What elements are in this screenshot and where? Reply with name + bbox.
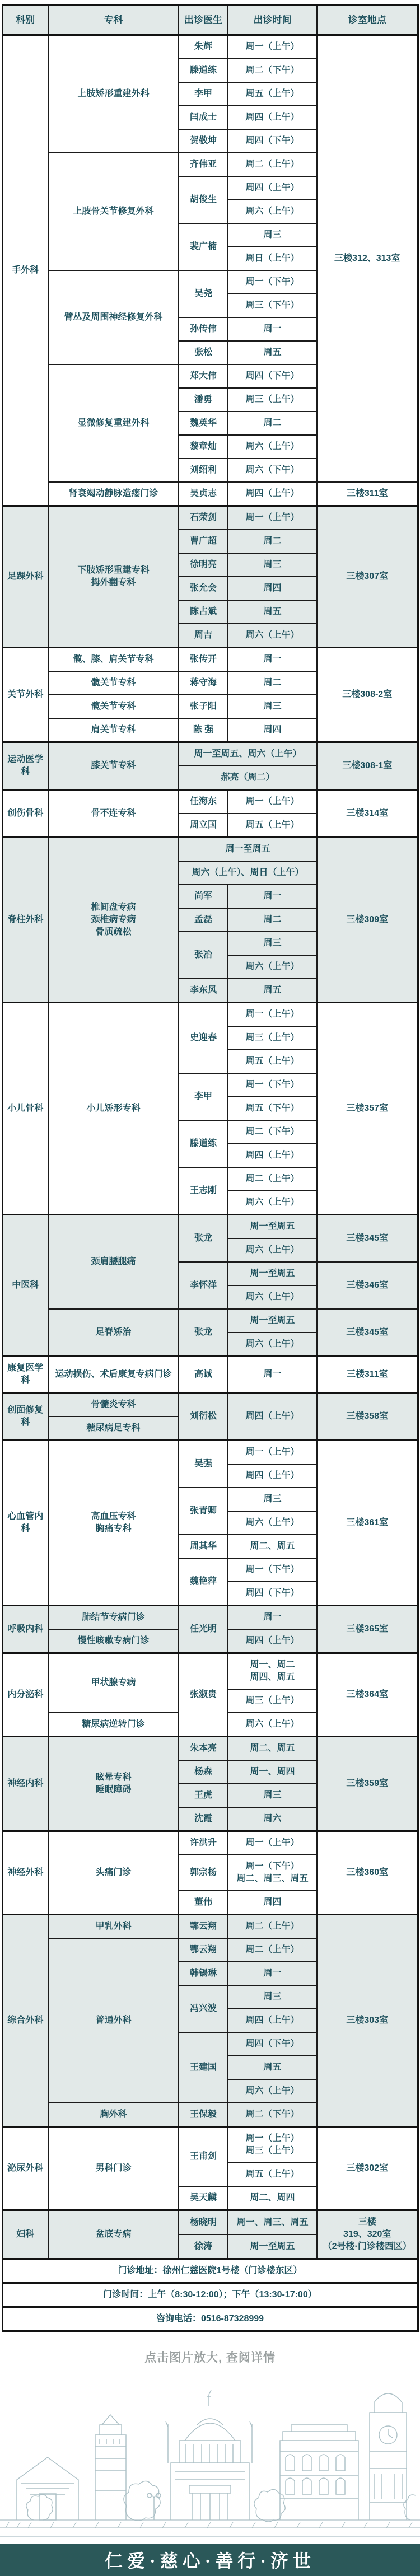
doctor-cell: 许洪升 [179,1831,228,1855]
specialty-cell: 上肢矫形重建外科 [48,35,179,153]
column-header: 科别 [2,6,48,35]
time-cell: 周六 [228,1807,317,1831]
time-cell: 周六（上午） [228,1285,317,1309]
time-cell: 周四（上午） [228,1144,317,1167]
specialty-cell: 髋关节专科 [48,695,179,718]
time-cell: 周一（下午） [228,270,317,294]
dept-cell: 创伤骨科 [2,790,48,838]
hospital-sketch-illustration [0,2373,420,2541]
specialty-cell: 足脊矫治 [48,1309,179,1357]
doctor-cell: 潘勇 [179,388,228,412]
doctor-cell: 刘绍利 [179,459,228,482]
time-cell: 周一（下午）周二、周三、周五 [228,1855,317,1891]
table-row: 关节外科髋、膝、肩关节专科张传开周一三楼308-2室 [2,648,418,672]
doctor-cell: 蒋守海 [179,671,228,695]
specialty-cell: 糖尿病足专科 [48,1416,179,1441]
dept-cell: 心血管内科 [2,1441,48,1606]
location-cell: 三楼358室 [317,1393,418,1441]
doctor-cell: 韩锡琳 [179,1962,228,1985]
time-cell: 周三（上午） [228,1689,317,1713]
time-cell: 周六（上午） [228,200,317,223]
doctor-cell: 张淑贵 [179,1653,228,1737]
doctor-cell: 李甲 [179,82,228,106]
time-cell: 周五 [228,979,317,1003]
time-cell: 周日（上午） [228,247,317,270]
time-cell: 周一、周三、周五 [228,2210,317,2235]
time-cell: 周一 [228,317,317,341]
footer-note-row: 咨询电话：0516-87328999 [2,2307,418,2331]
dept-cell: 综合外科 [2,1915,48,2127]
specialty-cell: 高血压专科胸痛专科 [48,1441,179,1606]
doctor-cell: 徐明亮 [179,553,228,577]
doctor-cell: 李甲 [179,1073,228,1120]
dept-cell: 康复医学科 [2,1357,48,1393]
footer-note: 咨询电话：0516-87328999 [2,2307,418,2331]
specialty-cell: 骨髓炎专科 [48,1393,179,1417]
time-cell: 周一（上午）周三（上午） [228,2127,317,2163]
table-row: 肾衰竭动静脉造瘘门诊吴贞志周四（上午）三楼311室 [2,482,418,506]
dept-cell: 运动医学科 [2,742,48,790]
dept-cell: 神经外科 [2,1831,48,1915]
doctor-cell: 李怀洋 [179,1262,228,1309]
time-cell: 周三（上午） [228,1026,317,1050]
doctor-cell: 陈占斌 [179,600,228,624]
specialty-cell: 髋、膝、肩关节专科 [48,648,179,672]
location-cell: 三楼359室 [317,1737,418,1831]
table-footer: 门诊地址：徐州仁慈医院1号楼（门诊楼东区）门诊时间：上午（8:30-12:00）… [2,2259,418,2331]
location-cell: 三楼307室 [317,506,418,648]
doctor-cell: 李东风 [179,979,228,1003]
location-cell: 三楼345室 [317,1215,418,1263]
table-row: 综合外科甲乳外科鄂云翔周二（上午）三楼303室 [2,1915,418,1939]
footer-note-row: 门诊时间：上午（8:30-12:00）；下午（13:30-17:00） [2,2283,418,2307]
doctor-cell: 滕道练 [179,59,228,82]
specialty-cell: 甲乳外科 [48,1915,179,1939]
time-cell: 周一 [228,885,317,908]
doctor-cell: 石荣剑 [179,506,228,530]
doctor-cell: 黎章灿 [179,435,228,459]
time-cell: 周六（上午） [228,2079,317,2103]
time-cell: 周三（上午） [228,388,317,412]
doctor-cell: 王建国 [179,2032,228,2103]
doctor-cell: 张松 [179,341,228,364]
doctor-cell: 鄂云翔 [179,1938,228,1962]
time-cell: 周四（上午） [228,176,317,200]
doctor-cell: 王保毅 [179,2103,228,2127]
doctor-cell: 齐伟亚 [179,153,228,176]
doctor-cell: 张子阳 [179,695,228,718]
time-cell: 周一至周五 [228,1309,317,1333]
time-cell: 周一 [228,1357,317,1393]
location-cell: 三楼361室 [317,1441,418,1606]
location-cell: 三楼303室 [317,1915,418,2127]
footer-note: 门诊地址：徐州仁慈医院1号楼（门诊楼东区） [2,2259,418,2283]
clinic-schedule-table: 科别专科出诊医生出诊时间诊室地点 手外科上肢矫形重建外科朱辉周一（上午）三楼31… [2,4,419,2332]
doctor-cell: 张传开 [179,648,228,672]
doctor-time-cell: 周一至周五 [179,838,317,862]
time-cell: 周六（上午） [228,1713,317,1737]
dept-cell: 内分泌科 [2,1653,48,1737]
time-cell: 周四（上午） [228,106,317,129]
time-cell: 周一（上午） [228,506,317,530]
time-cell: 周六（上午） [228,1238,317,1262]
time-cell: 周二 [228,530,317,553]
table-row: 康复医学科运动损伤、术后康复专病门诊高诚周一三楼311室 [2,1357,418,1393]
column-header: 诊室地点 [317,6,418,35]
time-cell: 周一（上午） [228,790,317,814]
doctor-time-cell: 周一至周五、周六（上午） [179,742,317,766]
doctor-cell: 杨晓明 [179,2210,228,2235]
doctor-cell: 朱辉 [179,35,228,59]
time-cell: 周一（上午） [228,1003,317,1027]
time-cell: 周六（上午） [228,1191,317,1215]
table-row: 神经内科眩晕专科睡眠障碍朱本亮周二、周五三楼359室 [2,1737,418,1761]
doctor-cell: 吴强 [179,1441,228,1488]
specialty-cell: 显微修复重建外科 [48,364,179,482]
doctor-cell: 吴天麟 [179,2186,228,2210]
time-cell: 周三 [228,553,317,577]
time-cell: 周三 [228,1985,317,2009]
doctor-cell: 贺敬坤 [179,129,228,153]
time-cell: 周六（上午） [228,624,317,648]
dept-cell: 泌尿外科 [2,2127,48,2210]
time-cell: 周四（下午） [228,1582,317,1606]
time-cell: 周四 [228,1891,317,1915]
doctor-cell: 任光明 [179,1606,228,1653]
time-cell: 周二（上午） [228,1167,317,1191]
time-cell: 周一（下午） [228,1073,317,1097]
specialty-cell: 肺结节专病门诊 [48,1606,179,1630]
time-cell: 周一、周四 [228,1760,317,1784]
time-cell: 周五（下午） [228,1097,317,1120]
specialty-cell: 椎间盘专病颈椎病专病骨质疏松 [48,838,179,1003]
specialty-cell: 普通外科 [48,1938,179,2103]
specialty-cell: 慢性咳嗽专病门诊 [48,1629,179,1653]
dept-cell: 中医科 [2,1215,48,1357]
doctor-cell: 鄂云翔 [179,1915,228,1939]
doctor-cell: 杨森 [179,1760,228,1784]
time-cell: 周三 [228,1784,317,1807]
time-cell: 周一至周五 [228,2234,317,2259]
time-cell: 周四（下午） [228,364,317,388]
doctor-cell: 沈霞 [179,1807,228,1831]
doctor-cell: 高诚 [179,1357,228,1393]
specialty-cell: 甲状腺专病 [48,1653,179,1713]
specialty-cell: 肩关节专科 [48,718,179,742]
time-cell: 周四（上午） [228,1464,317,1488]
time-cell: 周四（上午） [228,482,317,506]
time-cell: 周一（上午） [228,1441,317,1465]
time-cell: 周一至周五 [228,1262,317,1285]
time-cell: 周二（下午） [228,2103,317,2127]
doctor-cell: 张龙 [179,1309,228,1357]
time-cell: 周一 [228,648,317,672]
location-cell: 三楼364室 [317,1653,418,1737]
doctor-cell: 魏艳萍 [179,1558,228,1606]
time-cell: 周一、周二周四、周五 [228,1653,317,1690]
location-cell: 三楼346室 [317,1262,418,1309]
location-cell: 三楼357室 [317,1003,418,1215]
doctor-cell: 周立国 [179,814,228,838]
doctor-cell: 冯兴波 [179,1985,228,2032]
table-row: 心血管内科高血压专科胸痛专科吴强周一（上午）三楼361室 [2,1441,418,1465]
dept-cell: 呼吸内科 [2,1606,48,1653]
doctor-cell: 王甫剑 [179,2127,228,2187]
table-row: 内分泌科甲状腺专病张淑贵周一、周二周四、周五三楼364室 [2,1653,418,1690]
doctor-cell: 任海东 [179,790,228,814]
location-cell: 三楼312、313室 [317,35,418,483]
table-row: 足脊矫治张龙周一至周五三楼345室 [2,1309,418,1333]
time-cell: 周三 [228,223,317,247]
table-row: 创伤骨科骨不连专科任海东周一（上午）三楼314室 [2,790,418,814]
doctor-time-cell: 周六（上午）、周日（上午） [179,861,317,885]
doctor-cell: 魏英华 [179,412,228,435]
page: 科别专科出诊医生出诊时间诊室地点 手外科上肢矫形重建外科朱辉周一（上午）三楼31… [0,0,420,2576]
time-cell: 周六（上午） [228,435,317,459]
doctor-cell: 朱本亮 [179,1737,228,1761]
location-cell: 三楼308-2室 [317,648,418,742]
specialty-cell: 臂丛及周围神经修复外科 [48,270,179,364]
time-cell: 周二（下午） [228,59,317,82]
time-cell: 周一 [228,1606,317,1630]
doctor-cell: 张冶 [179,932,228,979]
table-row: 手外科上肢矫形重建外科朱辉周一（上午）三楼312、313室 [2,35,418,59]
dept-cell: 关节外科 [2,648,48,742]
doctor-cell: 董伟 [179,1891,228,1915]
specialty-cell: 髋关节专科 [48,671,179,695]
location-cell: 三楼319、320室（2号楼·门诊楼西区） [317,2210,418,2259]
time-cell: 周六（上午） [228,955,317,979]
table-row: 呼吸内科肺结节专病门诊任光明周一三楼365室 [2,1606,418,1630]
location-cell: 三楼314室 [317,790,418,838]
location-cell: 三楼365室 [317,1606,418,1653]
table-row: 小儿骨科小儿矫形专科史迎春周一（上午）三楼357室 [2,1003,418,1027]
time-cell: 周三 [228,932,317,955]
specialty-cell: 膝关节专科 [48,742,179,790]
location-cell: 三楼308-1室 [317,742,418,790]
motto-text: 仁爱·慈心·善行·济世 [105,2547,315,2573]
specialty-cell: 颈肩腰腿痛 [48,1215,179,1310]
time-cell: 周六（下午） [228,459,317,482]
time-cell: 周五（上午） [228,82,317,106]
doctor-cell: 王志刚 [179,1167,228,1215]
footer-note: 门诊时间：上午（8:30-12:00）；下午（13:30-17:00） [2,2283,418,2307]
dept-cell: 神经内科 [2,1737,48,1831]
time-cell: 周一至周五 [228,1215,317,1239]
dept-cell: 足踝外科 [2,506,48,648]
time-cell: 周二、周五 [228,1737,317,1761]
doctor-cell: 刘衍松 [179,1393,228,1441]
time-cell: 周四（上午） [228,2009,317,2032]
time-cell: 周二（上午） [228,1915,317,1939]
time-cell: 周一（下午） [228,1558,317,1582]
table-row: 创面修复科骨髓炎专科刘衍松周四（上午）三楼358室 [2,1393,418,1417]
specialty-cell: 头痛门诊 [48,1831,179,1915]
time-cell: 周六（上午） [228,1333,317,1357]
time-cell: 周二、周四 [228,2186,317,2210]
table-row: 中医科颈肩腰腿痛张龙周一至周五三楼345室 [2,1215,418,1239]
time-cell: 周一（上午） [228,35,317,59]
specialty-cell: 男科门诊 [48,2127,179,2210]
doctor-cell: 周吉 [179,624,228,648]
location-cell: 三楼345室 [317,1309,418,1357]
time-cell: 周三（下午） [228,294,317,317]
time-cell: 周二、周五 [228,1535,317,1558]
time-cell: 周二 [228,671,317,695]
time-cell: 周四（上午） [228,1629,317,1653]
location-cell: 三楼311室 [317,1357,418,1393]
location-cell: 三楼302室 [317,2127,418,2210]
specialty-cell: 运动损伤、术后康复专病门诊 [48,1357,179,1393]
doctor-cell: 孟磊 [179,908,228,932]
specialty-cell: 下肢矫形重建专科拇外翻专科 [48,506,179,648]
time-cell: 周三 [228,1488,317,1511]
time-cell: 周一（上午） [228,1831,317,1855]
dept-cell: 小儿骨科 [2,1003,48,1215]
column-header: 出诊时间 [228,6,317,35]
time-cell: 周五（上午） [228,2163,317,2186]
doctor-cell: 滕道练 [179,1120,228,1167]
location-cell: 三楼311室 [317,482,418,506]
doctor-cell: 张允会 [179,577,228,600]
column-header: 出诊医生 [179,6,228,35]
caption-text: 点击图片放大, 查阅详情 [0,2349,420,2365]
time-cell: 周五 [228,2056,317,2079]
time-cell: 周二（下午） [228,1120,317,1144]
doctor-cell: 裴广楠 [179,223,228,270]
time-cell: 周五（上午） [228,814,317,838]
time-cell: 周一 [228,1962,317,1985]
doctor-cell: 曹广超 [179,530,228,553]
doctor-cell: 张青卿 [179,1488,228,1535]
footer-note-row: 门诊地址：徐州仁慈医院1号楼（门诊楼东区） [2,2259,418,2283]
time-cell: 周六（上午） [228,1511,317,1535]
specialty-cell: 糖尿病逆转门诊 [48,1713,179,1737]
time-cell: 周四 [228,577,317,600]
doctor-cell: 吴贞志 [179,482,228,506]
doctor-cell: 王虎 [179,1784,228,1807]
dept-cell: 手外科 [2,35,48,506]
doctor-cell: 张龙 [179,1215,228,1263]
time-cell: 周二（上午） [228,1938,317,1962]
table-header-row: 科别专科出诊医生出诊时间诊室地点 [2,6,418,35]
time-cell: 周二 [228,908,317,932]
table-body: 手外科上肢矫形重建外科朱辉周一（上午）三楼312、313室滕道练周二（下午）李甲… [2,35,418,2259]
table-row: 足踝外科下肢矫形重建专科拇外翻专科石荣剑周一（上午）三楼307室 [2,506,418,530]
time-cell: 周五 [228,341,317,364]
table-row: 运动医学科膝关节专科周一至周五、周六（上午）三楼308-1室 [2,742,418,766]
doctor-cell: 胡俊生 [179,176,228,223]
column-header: 专科 [48,6,179,35]
doctor-cell: 闫成士 [179,106,228,129]
specialty-cell: 胸外科 [48,2103,179,2127]
dept-cell: 脊柱外科 [2,838,48,1003]
doctor-cell: 史迎春 [179,1003,228,1074]
dept-cell: 创面修复科 [2,1393,48,1441]
time-cell: 周五（上午） [228,1050,317,1073]
specialty-cell: 上肢骨关节修复外科 [48,153,179,270]
doctor-cell: 郑大伟 [179,364,228,388]
table-row: 妇科盆底专病杨晓明周一、周三、周五三楼319、320室（2号楼·门诊楼西区） [2,2210,418,2235]
specialty-cell: 肾衰竭动静脉造瘘门诊 [48,482,179,506]
doctor-cell: 徐涛 [179,2234,228,2259]
specialty-cell: 小儿矫形专科 [48,1003,179,1215]
motto-band: 仁爱·慈心·善行·济世 [0,2544,420,2576]
doctor-cell: 郭宗杨 [179,1855,228,1891]
specialty-cell: 骨不连专科 [48,790,179,838]
table-row: 泌尿外科男科门诊王甫剑周一（上午）周三（上午）三楼302室 [2,2127,418,2163]
time-cell: 周三 [228,695,317,718]
doctor-cell: 孙传伟 [179,317,228,341]
location-cell: 三楼309室 [317,838,418,1003]
time-cell: 周四（上午） [228,1393,317,1441]
time-cell: 周四（下午） [228,2032,317,2056]
time-cell: 周五 [228,600,317,624]
dept-cell: 妇科 [2,2210,48,2259]
table-row: 神经外科头痛门诊许洪升周一（上午）三楼360室 [2,1831,418,1855]
specialty-cell: 盆底专病 [48,2210,179,2259]
specialty-cell: 眩晕专科睡眠障碍 [48,1737,179,1831]
table-row: 脊柱外科椎间盘专病颈椎病专病骨质疏松周一至周五三楼309室 [2,838,418,862]
location-cell: 三楼360室 [317,1831,418,1915]
doctor-time-cell: 郝亮（周二） [179,766,317,790]
time-cell: 周四（下午） [228,129,317,153]
doctor-cell: 吴尧 [179,270,228,317]
doctor-cell: 尚军 [179,885,228,908]
time-cell: 周二 [228,412,317,435]
doctor-cell: 陈 强 [179,718,228,742]
time-cell: 周四 [228,718,317,742]
time-cell: 周二（上午） [228,153,317,176]
doctor-cell: 周其华 [179,1535,228,1558]
